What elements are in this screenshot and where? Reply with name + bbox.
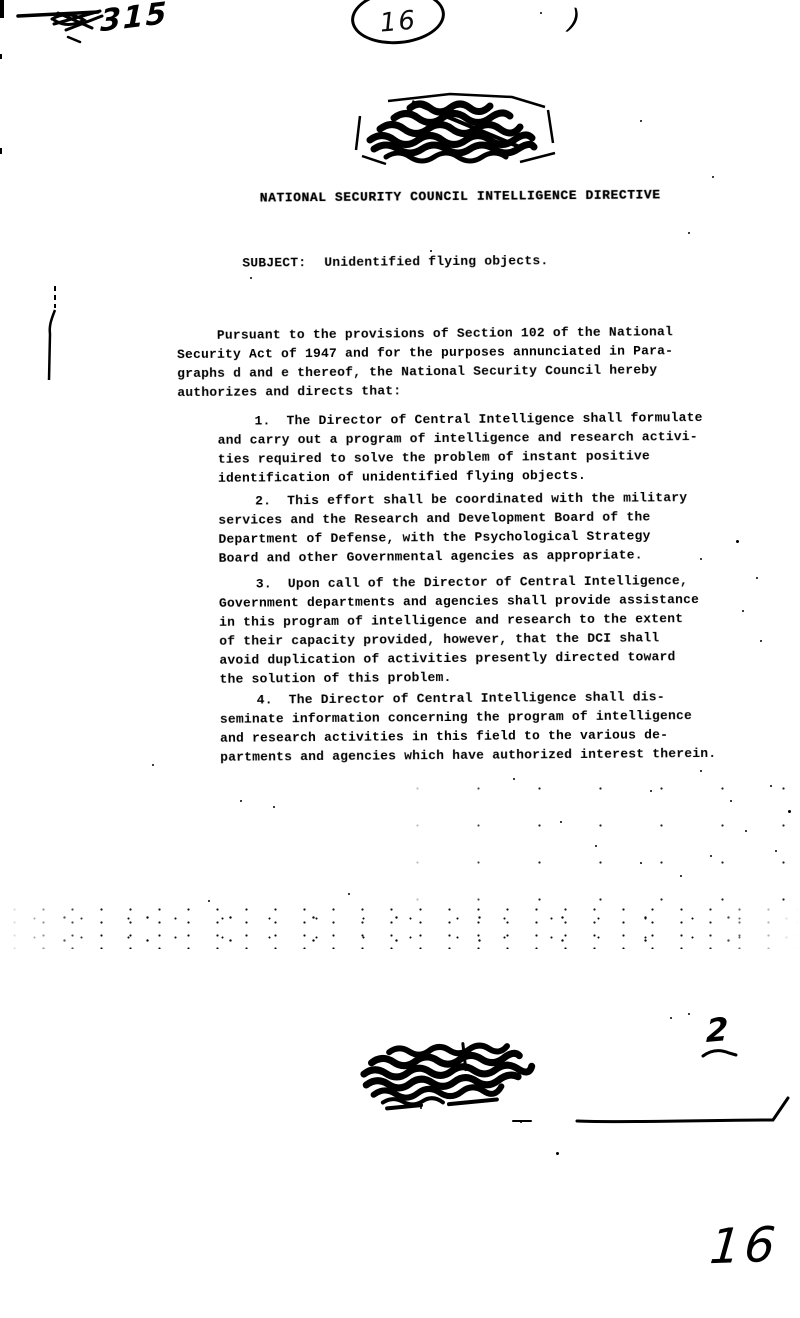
noise-dot xyxy=(688,232,690,234)
noise-dot xyxy=(430,250,432,252)
noise-dot xyxy=(670,1017,672,1019)
noise-dot xyxy=(556,1152,559,1155)
paper-crease-line xyxy=(44,284,60,384)
handwritten-315: 315 xyxy=(100,0,169,37)
noise-dot xyxy=(640,120,642,122)
noise-dot xyxy=(760,640,762,642)
noise-dot xyxy=(788,810,791,813)
noise-dot xyxy=(540,12,542,14)
noise-dot xyxy=(420,1107,422,1109)
noise-dot xyxy=(775,850,777,852)
noise-dot xyxy=(250,277,252,279)
scan-noise-field xyxy=(380,765,800,905)
scanned-document-page: NATIONAL SECURITY COUNCIL INTELLIGENCE D… xyxy=(0,0,800,1318)
body-paragraph-2: 2. This effort shall be coordinated with… xyxy=(218,488,688,568)
scan-edge-mark xyxy=(0,148,2,154)
title-text: NATIONAL SECURITY COUNCIL INTELLIGENCE D… xyxy=(260,185,661,207)
noise-dot xyxy=(700,558,702,560)
scan-noise-band xyxy=(0,903,800,949)
noise-dot xyxy=(595,845,597,847)
noise-dot xyxy=(560,821,562,823)
subject-label: SUBJECT: xyxy=(242,255,306,271)
noise-dot xyxy=(745,830,747,832)
noise-dot xyxy=(152,764,154,766)
page-bottom-edge-line xyxy=(505,1092,800,1132)
noise-dot xyxy=(640,862,642,864)
noise-dot xyxy=(756,577,758,579)
document-line: identification of unidentified flying ob… xyxy=(218,465,703,488)
noise-dot xyxy=(688,1013,690,1015)
noise-dot xyxy=(736,540,739,543)
noise-dot xyxy=(273,806,275,808)
noise-dot xyxy=(348,893,350,895)
noise-dot xyxy=(513,778,515,780)
body-paragraph-4: 4. The Director of Central Intelligence … xyxy=(220,687,717,767)
document-line: avoid duplication of activities presentl… xyxy=(219,647,699,670)
noise-dot xyxy=(742,610,744,612)
redaction-scribble-top xyxy=(352,88,567,173)
subject-line: SUBJECT:Unidentified flying objects. xyxy=(178,232,549,292)
body-paragraph-1: 1. The Director of Central Intelligence … xyxy=(217,408,703,488)
noise-dot xyxy=(680,875,682,877)
intro-paragraph: Pursuant to the provisions of Section 10… xyxy=(177,322,674,402)
noise-dot xyxy=(730,800,732,802)
noise-dot xyxy=(240,800,242,802)
document-line: ties required to solve the problem of in… xyxy=(218,446,703,469)
page-number-underline xyxy=(700,1046,744,1060)
handwritten-page-number-2: 2 xyxy=(706,1013,729,1047)
scan-edge-mark xyxy=(0,0,4,18)
document-title: NATIONAL SECURITY COUNCIL INTELLIGENCE D… xyxy=(260,185,661,207)
circled-number-text: 16 xyxy=(378,0,418,39)
subject-value: Unidentified flying objects. xyxy=(324,253,548,270)
document-line: authorizes and directs that: xyxy=(177,379,673,402)
handwritten-document-number-16: 16 xyxy=(708,1221,781,1272)
noise-dot xyxy=(712,176,714,178)
document-line: Board and other Governmental agencies as… xyxy=(219,545,688,568)
noise-dot xyxy=(710,855,712,857)
noise-dot xyxy=(520,1121,522,1123)
noise-dot xyxy=(700,770,702,772)
document-line: partments and agencies which have author… xyxy=(220,744,716,767)
scan-edge-mark xyxy=(0,54,2,59)
body-paragraph-3: 3. Upon call of the Director of Central … xyxy=(219,571,700,689)
document-line: the solution of this problem. xyxy=(219,666,699,689)
noise-dot xyxy=(770,785,772,787)
document-line: graphs d and e thereof, the National Sec… xyxy=(177,360,673,383)
noise-dot xyxy=(208,900,210,902)
noise-dot xyxy=(650,790,652,792)
